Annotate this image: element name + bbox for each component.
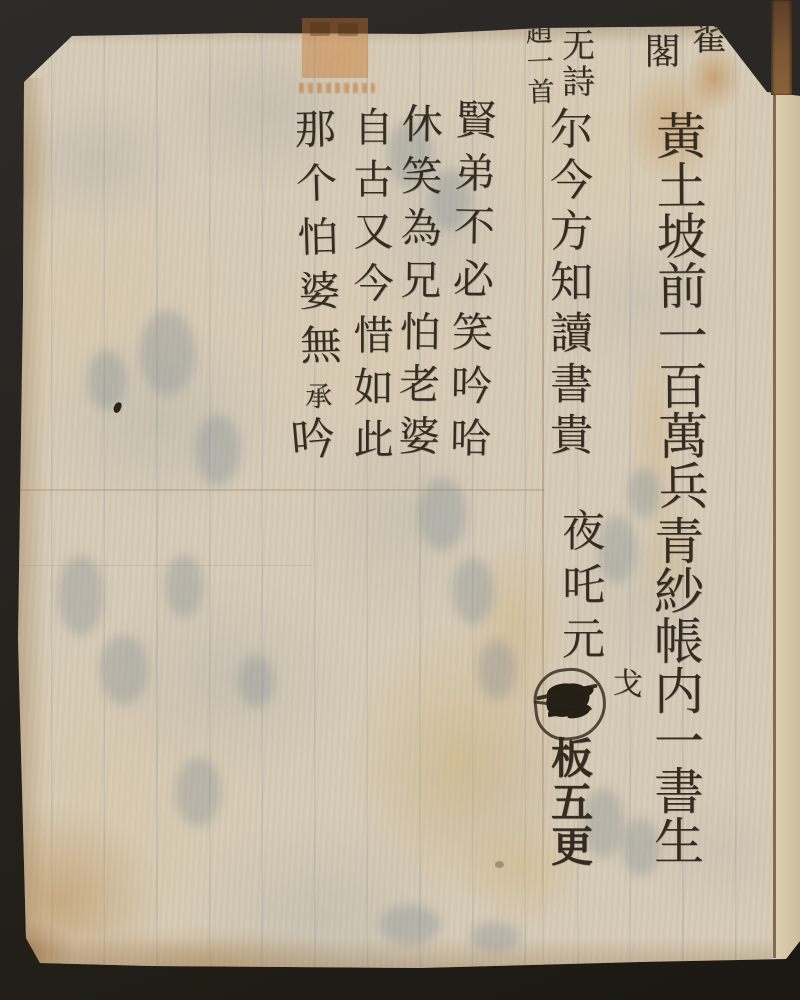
watermark-stamp <box>302 18 368 78</box>
horizontal-crease <box>20 489 544 491</box>
binding-strip <box>771 0 792 95</box>
paper-sheet: 翟 閣 无詩 趙一首 黃土坡前一百萬兵 青紗帳内一書生 尔今方知讀書貴 夜吒元 … <box>0 0 800 1000</box>
showthrough-smudge <box>195 415 240 485</box>
showthrough-smudge <box>452 558 494 624</box>
edge-shading-bottom <box>28 938 772 968</box>
showthrough-smudge <box>100 635 148 705</box>
showthrough-smudge <box>238 655 274 707</box>
left-poem-column-2: 休笑為兄怕老婆 <box>394 102 439 466</box>
manuscript-photo: 翟 閣 无詩 趙一首 黃土坡前一百萬兵 青紗帳内一書生 尔今方知讀書貴 夜吒元 … <box>0 0 800 1000</box>
showthrough-smudge <box>175 758 221 826</box>
left-poem-column-3: 自古又今惜如此 <box>350 106 390 470</box>
right-poem-column-2b: 夜吒元 <box>558 508 601 670</box>
crossed-out-character-circle <box>534 662 612 742</box>
left-poem-column-1: 賢弟不必笑吟哈 <box>446 98 493 470</box>
ink-speck <box>495 861 504 868</box>
left-poem-insert-character: 承 <box>302 382 329 409</box>
right-poem-column-1b: 青紗帳内一書生 <box>650 515 700 865</box>
left-poem-column-4b: 吟 <box>284 414 332 462</box>
poem-label-column: 无詩 <box>560 28 593 100</box>
watermark-glyph <box>338 23 358 36</box>
corner-character-left: 閣 <box>641 32 677 68</box>
edge-shading-top <box>58 26 720 44</box>
watermark-glyph <box>310 22 330 36</box>
edge-shading-left <box>18 78 46 962</box>
showthrough-smudge <box>165 555 203 617</box>
right-poem-column-2c: 板五更 <box>548 736 590 868</box>
fore-edge-band <box>776 92 800 958</box>
right-poem-column-1a: 黃土坡前一百萬兵 <box>652 110 705 510</box>
watermark-text-row <box>299 83 375 93</box>
showthrough-smudge <box>88 350 126 410</box>
left-poem-column-4a: 那个怕婆無 <box>290 107 338 378</box>
showthrough-smudge <box>140 310 195 395</box>
showthrough-smudge <box>478 640 516 700</box>
corner-character-right: 翟 <box>688 18 724 54</box>
poem-count-annotation: 趙一首 <box>522 17 552 108</box>
showthrough-smudge <box>58 555 103 635</box>
correction-character: 戈 <box>608 666 640 698</box>
right-poem-column-2a: 尔今方知讀書貴 <box>546 106 589 463</box>
showthrough-smudge <box>418 478 466 550</box>
